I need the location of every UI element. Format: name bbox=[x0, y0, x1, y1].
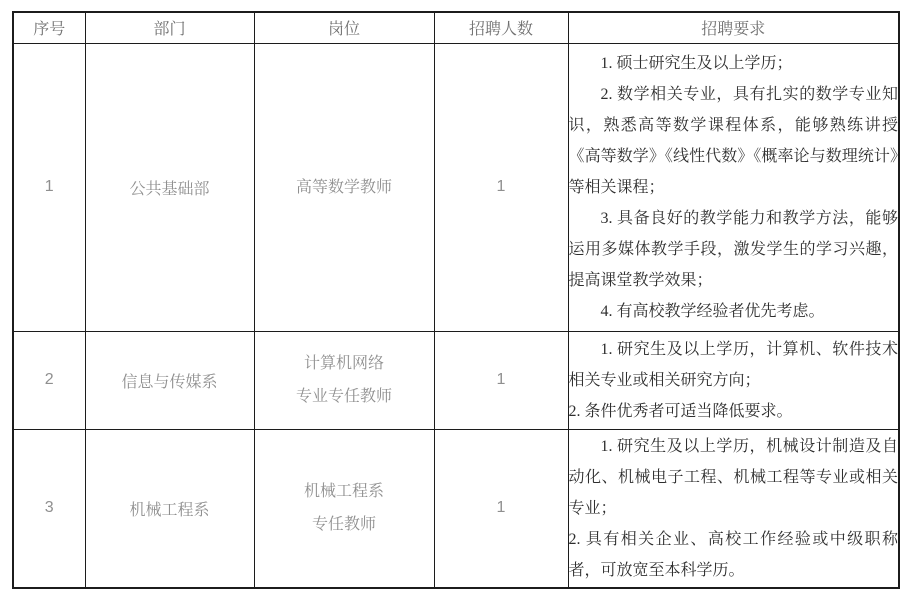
cell-position: 高等数学教师 bbox=[254, 43, 434, 331]
cell-count: 1 bbox=[434, 331, 568, 429]
requirement-item: 2. 条件优秀者可适当降低要求。 bbox=[569, 396, 899, 427]
cell-position: 机械工程系 专任教师 bbox=[254, 429, 434, 588]
cell-department: 信息与传媒系 bbox=[85, 331, 254, 429]
cell-position: 计算机网络 专业专任教师 bbox=[254, 331, 434, 429]
cell-requirements: 1. 硕士研究生及以上学历； 2. 数学相关专业，具有扎实的数学专业知识，熟悉高… bbox=[568, 43, 899, 331]
requirement-item: 3. 具备良好的教学能力和教学方法，能够运用多媒体教学手段，激发学生的学习兴趣，… bbox=[569, 203, 899, 296]
cell-no: 3 bbox=[13, 429, 85, 588]
position-line: 专任教师 bbox=[255, 508, 434, 541]
header-cell-requirements: 招聘要求 bbox=[568, 12, 899, 43]
cell-count: 1 bbox=[434, 43, 568, 331]
header-row: 序号 部门 岗位 招聘人数 招聘要求 bbox=[13, 12, 899, 43]
table-row: 3 机械工程系 机械工程系 专任教师 1 1. 研究生及以上学历，机械设计制造及… bbox=[13, 429, 899, 588]
table-row: 2 信息与传媒系 计算机网络 专业专任教师 1 1. 研究生及以上学历，计算机、… bbox=[13, 331, 899, 429]
header-cell-department: 部门 bbox=[85, 12, 254, 43]
page: 序号 部门 岗位 招聘人数 招聘要求 1 公共基础部 高等数学教师 1 1. 硕… bbox=[0, 0, 907, 594]
table-row: 1 公共基础部 高等数学教师 1 1. 硕士研究生及以上学历； 2. 数学相关专… bbox=[13, 43, 899, 331]
cell-no: 2 bbox=[13, 331, 85, 429]
requirement-item: 2. 具有相关企业、高校工作经验或中级职称者，可放宽至本科学历。 bbox=[569, 524, 899, 586]
requirement-item: 1. 研究生及以上学历，计算机、软件技术相关专业或相关研究方向； bbox=[569, 334, 899, 396]
position-line: 高等数学教师 bbox=[255, 171, 434, 204]
cell-department: 机械工程系 bbox=[85, 429, 254, 588]
requirement-item: 1. 研究生及以上学历，机械设计制造及自动化、机械电子工程、机械工程等专业或相关… bbox=[569, 431, 899, 524]
position-line: 专业专任教师 bbox=[255, 380, 434, 413]
cell-no: 1 bbox=[13, 43, 85, 331]
header-cell-no: 序号 bbox=[13, 12, 85, 43]
requirement-item: 2. 数学相关专业，具有扎实的数学专业知识，熟悉高等数学课程体系，能够熟练讲授《… bbox=[569, 79, 899, 203]
cell-count: 1 bbox=[434, 429, 568, 588]
recruitment-table: 序号 部门 岗位 招聘人数 招聘要求 1 公共基础部 高等数学教师 1 1. 硕… bbox=[12, 11, 900, 589]
header-cell-count: 招聘人数 bbox=[434, 12, 568, 43]
position-line: 机械工程系 bbox=[255, 475, 434, 508]
requirement-item: 1. 硕士研究生及以上学历； bbox=[569, 48, 899, 79]
header-cell-position: 岗位 bbox=[254, 12, 434, 43]
cell-requirements: 1. 研究生及以上学历，计算机、软件技术相关专业或相关研究方向； 2. 条件优秀… bbox=[568, 331, 899, 429]
cell-department: 公共基础部 bbox=[85, 43, 254, 331]
requirement-item: 4. 有高校教学经验者优先考虑。 bbox=[569, 296, 899, 327]
position-line: 计算机网络 bbox=[255, 347, 434, 380]
cell-requirements: 1. 研究生及以上学历，机械设计制造及自动化、机械电子工程、机械工程等专业或相关… bbox=[568, 429, 899, 588]
